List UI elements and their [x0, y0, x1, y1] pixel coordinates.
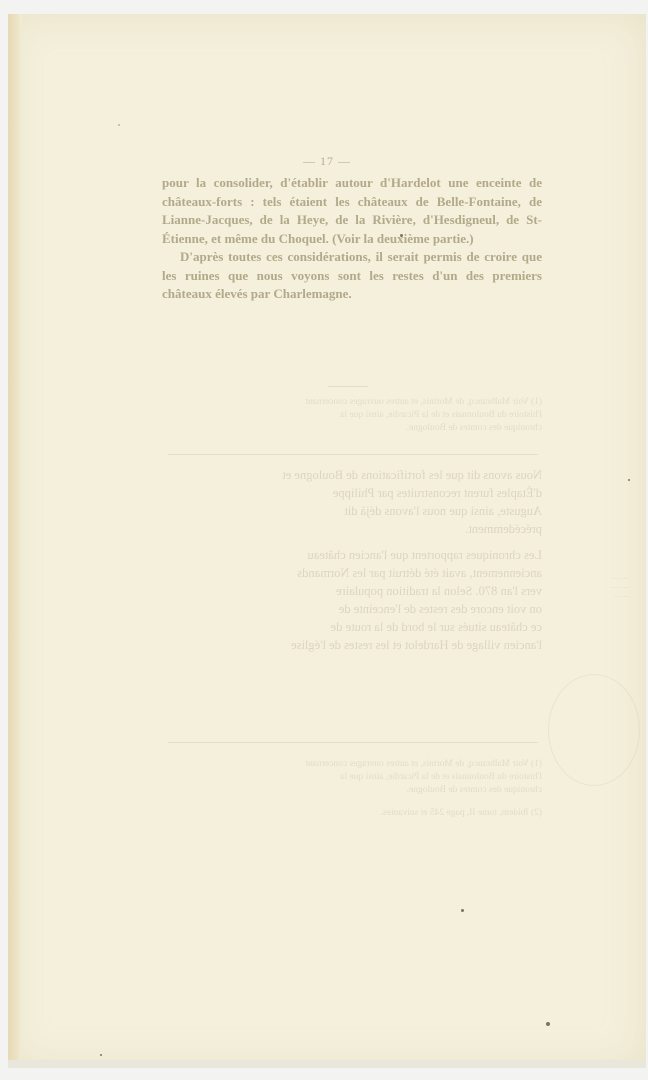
faint-library-stamp: [548, 674, 640, 786]
section-divider: [328, 386, 368, 387]
paper-speck: [628, 479, 630, 481]
bleed-through-body: Nous avons dit que les fortifications de…: [162, 466, 542, 654]
bleed-line: anciennement, avait été détruit par les …: [162, 564, 542, 582]
bleed-line: chronique des comtes de Boulogne.: [162, 784, 542, 797]
footnote-rule: [168, 742, 538, 743]
page-number: — 17 —: [8, 154, 646, 169]
bleed-line: Les chroniques rapportent que l'ancien c…: [162, 546, 542, 564]
bleed-line: ce château situés sur le bord de la rout…: [162, 618, 542, 636]
bleed-line: (2) Ibidem, tome II, page 245 et suivant…: [162, 807, 542, 820]
bleed-line: (1) Voir Malbrancq, de Morinis, et autre…: [162, 758, 542, 771]
scanned-page: — 17 — pour la consolider, d'établir aut…: [8, 14, 646, 1068]
page-bottom-edge: [8, 1060, 646, 1068]
paragraph: pour la consolider, d'établir autour d'H…: [162, 174, 542, 248]
paper-speck: [118, 124, 120, 126]
bleed-rule: [168, 454, 538, 455]
bleed-line: l'histoire du Boulonnais et de la Picard…: [162, 771, 542, 784]
paper-speck: [400, 234, 403, 237]
bleed-margin-note: ...... ........ ........... ...: [568, 574, 628, 601]
book-spine-edge: [8, 14, 22, 1068]
body-text: pour la consolider, d'établir autour d'H…: [162, 174, 542, 304]
paper-speck: [546, 1022, 550, 1026]
bleed-line: Auguste, ainsi que nous l'avons déjà dit: [162, 502, 542, 520]
bleed-line: Nous avons dit que les fortifications de…: [162, 466, 542, 484]
bleed-through-footnotes: (1) Voir Malbrancq, de Morinis, et autre…: [162, 758, 542, 820]
bleed-line: (1) Voir Malbrancq, de Morinis, et autre…: [162, 396, 542, 409]
bleed-line: on voit encore des restes de l'enceinte …: [162, 600, 542, 618]
bleed-line: l'ancien village de Hardelot et les rest…: [162, 636, 542, 654]
bleed-line: l'histoire du Boulonnais et de la Picard…: [162, 409, 542, 422]
paper-speck: [100, 1054, 102, 1056]
bleed-through-footnotes-top: (1) Voir Malbrancq, de Morinis, et autre…: [162, 396, 542, 435]
bleed-line: chronique des comtes de Boulogne.: [162, 422, 542, 435]
paragraph: D'après toutes ces considérations, il se…: [162, 248, 542, 304]
paper-speck: [461, 909, 464, 912]
bleed-line: d'Étaples furent reconstruites par Phili…: [162, 484, 542, 502]
bleed-line: précédemment.: [162, 520, 542, 538]
bleed-line: vers l'an 870. Selon la tradition popula…: [162, 582, 542, 600]
